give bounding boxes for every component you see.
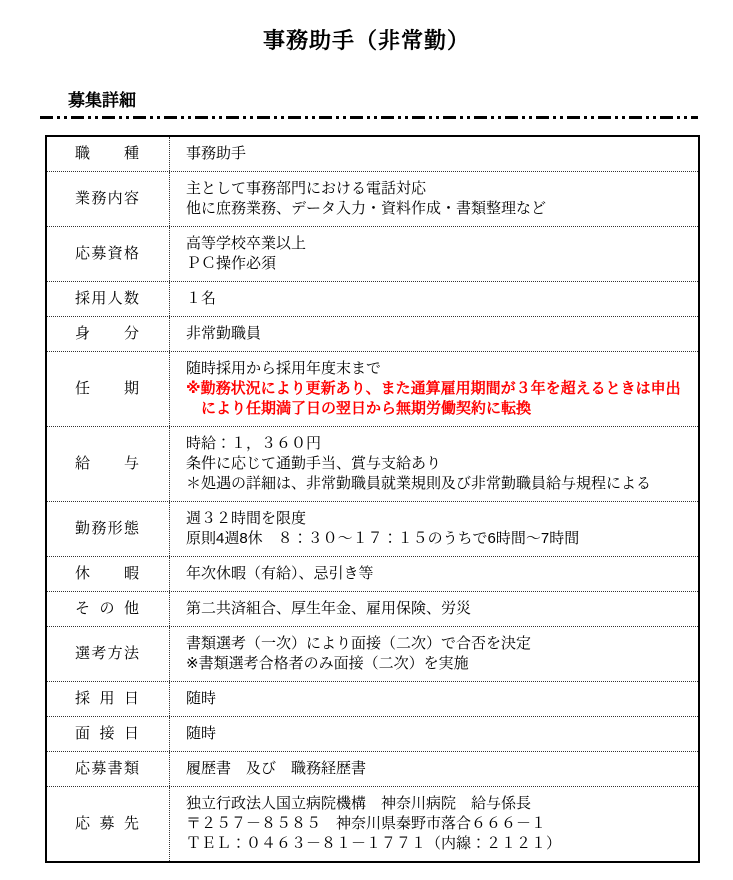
row-label-cell: 応 募 先 [47,787,170,861]
value-line-emphasis: ※勤務状況により更新あり、また通算雇用期間が３年を超えるときは申出 [186,379,690,399]
row-value-cell: 高等学校卒業以上ＰＣ操作必須 [170,227,698,281]
value-line: 年次休暇（有給）、忌引き等 [186,564,690,584]
table-row: 業務内容 主として事務部門における電話対応他に庶務業務、データ入力・資料作成・書… [47,171,698,226]
value-line: 他に庶務業務、データ入力・資料作成・書類整理など [186,199,690,219]
row-label-cell: 採用人数 [47,282,170,316]
value-line: 第二共済組合、厚生年金、雇用保険、労災 [186,599,690,619]
value-line: 随時採用から採用年度末まで [186,359,690,379]
value-line: ＊処遇の詳細は、非常勤職員就業規則及び非常勤職員給与規程による [186,474,690,494]
table-row: 勤務形態 週３２時間を限度原則4週8休 ８：３０～１７：１５のうちで6時間～7時… [47,501,698,556]
row-value-cell: １名 [170,282,698,316]
table-row: 応 募 先 独立行政法人国立病院機構 神奈川病院 給与係長〒２５７－８５８５ 神… [47,786,698,861]
value-line: １名 [186,289,690,309]
row-label: 面 接 日 [75,724,139,744]
row-value-cell: 書類選考（一次）により面接（二次）で合否を決定※書類選考合格者のみ面接（二次）を… [170,627,698,681]
row-label-cell: 任 期 [47,352,170,426]
row-label-cell: 応募書類 [47,752,170,786]
row-label-cell: 面 接 日 [47,717,170,751]
value-line: ＰＣ操作必須 [186,254,690,274]
value-line: 原則4週8休 ８：３０～１７：１５のうちで6時間～7時間 [186,529,690,549]
row-value-cell: 随時 [170,717,698,751]
table-row: 選考方法 書類選考（一次）により面接（二次）で合否を決定※書類選考合格者のみ面接… [47,626,698,681]
row-value-cell: 事務助手 [170,137,698,171]
row-label: 給 与 [75,454,139,474]
section-heading: 募集詳細 [68,86,733,111]
row-value-cell: 時給：１，３６０円条件に応じて通勤手当、賞与支給あり＊処遇の詳細は、非常勤職員就… [170,427,698,501]
table-row: 採用人数 １名 [47,281,698,316]
table-row: 採 用 日 随時 [47,681,698,716]
row-value-cell: 年次休暇（有給）、忌引き等 [170,557,698,591]
table-row: 任 期 随時採用から採用年度末まで※勤務状況により更新あり、また通算雇用期間が３… [47,351,698,426]
value-line-emphasis: により任期満了日の翌日から無期労働契約に転換 [186,399,690,419]
value-line: 時給：１，３６０円 [186,434,690,454]
row-value-cell: 週３２時間を限度原則4週8休 ８：３０～１７：１５のうちで6時間～7時間 [170,502,698,556]
row-label-cell: 選考方法 [47,627,170,681]
row-value-cell: 履歴書 及び 職務経歴書 [170,752,698,786]
row-label-cell: 勤務形態 [47,502,170,556]
value-line: 随時 [186,724,690,744]
table-row: 応募書類 履歴書 及び 職務経歴書 [47,751,698,786]
row-label-cell: 業務内容 [47,172,170,226]
row-label-cell: 給 与 [47,427,170,501]
table-row: 給 与 時給：１，３６０円条件に応じて通勤手当、賞与支給あり＊処遇の詳細は、非常… [47,426,698,501]
row-label-cell: 採 用 日 [47,682,170,716]
value-line: 条件に応じて通勤手当、賞与支給あり [186,454,690,474]
row-label-cell: 職 種 [47,137,170,171]
row-label: 応募資格 [75,244,139,264]
row-label: 業務内容 [75,189,139,209]
table-row: 休 暇 年次休暇（有給）、忌引き等 [47,556,698,591]
job-details-table: 職 種 事務助手 業務内容 主として事務部門における電話対応他に庶務業務、データ… [45,135,700,863]
row-label-cell: 応募資格 [47,227,170,281]
row-label: 職 種 [75,144,139,164]
table-row: 応募資格 高等学校卒業以上ＰＣ操作必須 [47,226,698,281]
value-line: 事務助手 [186,144,690,164]
page-title: 事務助手（非常勤） [0,0,733,55]
value-line: 書類選考（一次）により面接（二次）で合否を決定 [186,634,690,654]
row-label-cell: 身 分 [47,317,170,351]
row-label: 採用人数 [75,289,139,309]
row-value-cell: 随時 [170,682,698,716]
value-line: 非常勤職員 [186,324,690,344]
row-label: 勤務形態 [75,519,139,539]
row-label: 休 暇 [75,564,139,584]
table-row: 職 種 事務助手 [47,137,698,171]
value-line: 随時 [186,689,690,709]
row-label: 応募書類 [75,759,139,779]
row-value-cell: 主として事務部門における電話対応他に庶務業務、データ入力・資料作成・書類整理など [170,172,698,226]
table-row: 身 分 非常勤職員 [47,316,698,351]
value-line: 〒２５７－８５８５ 神奈川県秦野市落合６６６－１ [186,814,690,834]
row-label: 身 分 [75,324,139,344]
value-line: 履歴書 及び 職務経歴書 [186,759,690,779]
row-value-cell: 第二共済組合、厚生年金、雇用保険、労災 [170,592,698,626]
row-label-cell: そ の 他 [47,592,170,626]
table-row: 面 接 日 随時 [47,716,698,751]
document-page: 事務助手（非常勤） 募集詳細 職 種 事務助手 業務内容 主として事務部門におけ… [0,0,733,880]
row-value-cell: 非常勤職員 [170,317,698,351]
row-label: 選考方法 [75,644,139,664]
value-line: 週３２時間を限度 [186,509,690,529]
row-label: そ の 他 [75,599,139,619]
value-line: ※書類選考合格者のみ面接（二次）を実施 [186,654,690,674]
row-label: 採 用 日 [75,689,139,709]
value-line: 主として事務部門における電話対応 [186,179,690,199]
row-value-cell: 随時採用から採用年度末まで※勤務状況により更新あり、また通算雇用期間が３年を超え… [170,352,698,426]
row-label-cell: 休 暇 [47,557,170,591]
dash-dot-divider [40,116,698,119]
row-label: 応 募 先 [75,814,139,834]
row-label: 任 期 [75,379,139,399]
value-line: ＴＥＬ：０４６３－８１－１７７１（内線：２１２１） [186,834,690,854]
value-line: 高等学校卒業以上 [186,234,690,254]
row-value-cell: 独立行政法人国立病院機構 神奈川病院 給与係長〒２５７－８５８５ 神奈川県秦野市… [170,787,698,861]
table-row: そ の 他 第二共済組合、厚生年金、雇用保険、労災 [47,591,698,626]
value-line: 独立行政法人国立病院機構 神奈川病院 給与係長 [186,794,690,814]
